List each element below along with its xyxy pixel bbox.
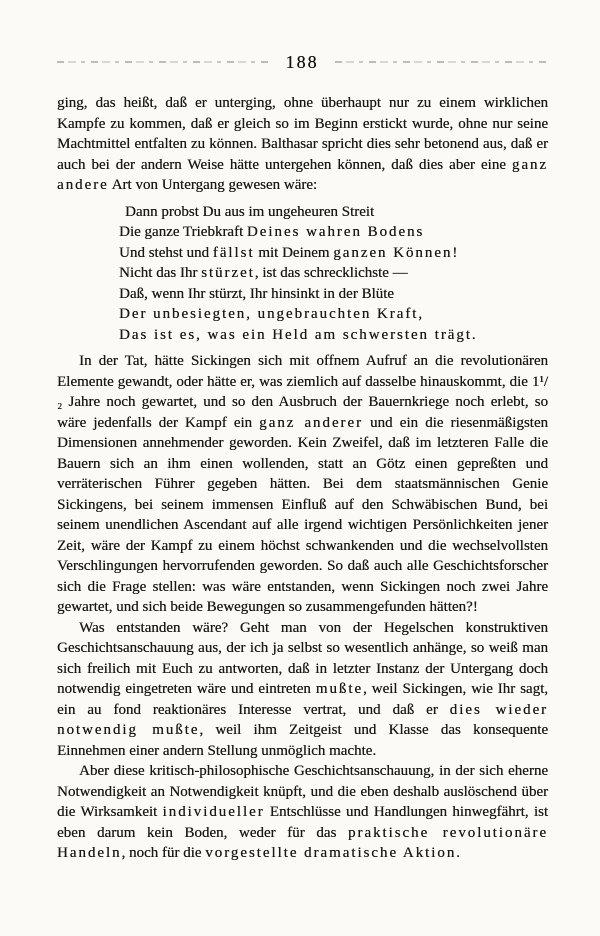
emphasized-text-segment: stürzet (201, 265, 255, 281)
text-segment: und ein die riesenmäßigsten Dimensionen … (57, 415, 548, 616)
emphasized-text-segment: mußte (316, 681, 363, 697)
emphasized-text-segment: ganzen Können! (333, 245, 459, 261)
text-segment: mit Deinem (254, 245, 333, 261)
page-text: ging, das heißt, daß er unterging, ohne … (57, 93, 548, 864)
text-segment: Die ganze Triebkraft (119, 224, 247, 240)
emphasized-text-segment: vorgestellte dramatische Aktion (205, 845, 456, 861)
text-segment: Und stehst und (119, 245, 213, 261)
verse-line: Dann probst Du aus im ungeheuren Streit (119, 202, 548, 223)
paragraph: Aber diese kritisch-philosophische Gesch… (57, 761, 548, 864)
verse-line: Das ist es, was ein Held am schwersten t… (119, 325, 548, 346)
text-segment: , ist das schrecklichste — (255, 265, 408, 281)
verse-quotation: Dann probst Du aus im ungeheuren StreitD… (119, 202, 548, 346)
verse-line: Und stehst und fällst mit Deinem ganzen … (119, 243, 548, 264)
text-segment: . (456, 845, 460, 861)
paragraph: ging, das heißt, daß er unterging, ohne … (57, 93, 548, 196)
emphasized-text-segment: fällst (213, 245, 255, 261)
text-segment: ging, das heißt, daß er unterging, ohne … (57, 95, 548, 173)
emphasized-text-segment: Deines wahren Bodens (247, 224, 424, 240)
text-segment: Nicht das Ihr (119, 265, 201, 281)
emphasized-text-segment: ganz anderer (259, 415, 363, 431)
bleedthrough-rule-right (335, 60, 548, 65)
verse-line: Daß, wenn Ihr stürzt, Ihr hinsinkt in de… (119, 284, 548, 305)
verse-line: Nicht das Ihr stürzet, ist das schreckli… (119, 263, 548, 284)
text-segment: , noch für die (121, 845, 205, 861)
text-segment: Dann probst Du aus im ungeheuren Streit (125, 204, 374, 220)
emphasized-text-segment: Der unbesiegten, ungebrauchten Kraft, (119, 306, 424, 322)
emphasized-text-segment: Das ist es, was ein Held am schwersten t… (119, 327, 478, 343)
text-segment: Art von Untergang gewesen wäre: (109, 177, 317, 193)
emphasized-text-segment: individueller (163, 804, 265, 820)
page-number: 188 (270, 52, 335, 73)
book-page-scan: 188 ging, das heißt, daß er unterging, o… (0, 0, 600, 936)
verse-line: Der unbesiegten, ungebrauchten Kraft, (119, 304, 548, 325)
verse-line: Die ganze Triebkraft Deines wahren Boden… (119, 222, 548, 243)
running-head: 188 (57, 52, 547, 72)
text-segment: Daß, wenn Ihr stürzt, Ihr hinsinkt in de… (119, 286, 394, 302)
paragraph: Was entstanden wäre? Geht man von der He… (57, 618, 548, 762)
paragraph: In der Tat, hätte Sickingen sich mit off… (57, 351, 548, 618)
bleedthrough-rule-left (57, 60, 270, 65)
